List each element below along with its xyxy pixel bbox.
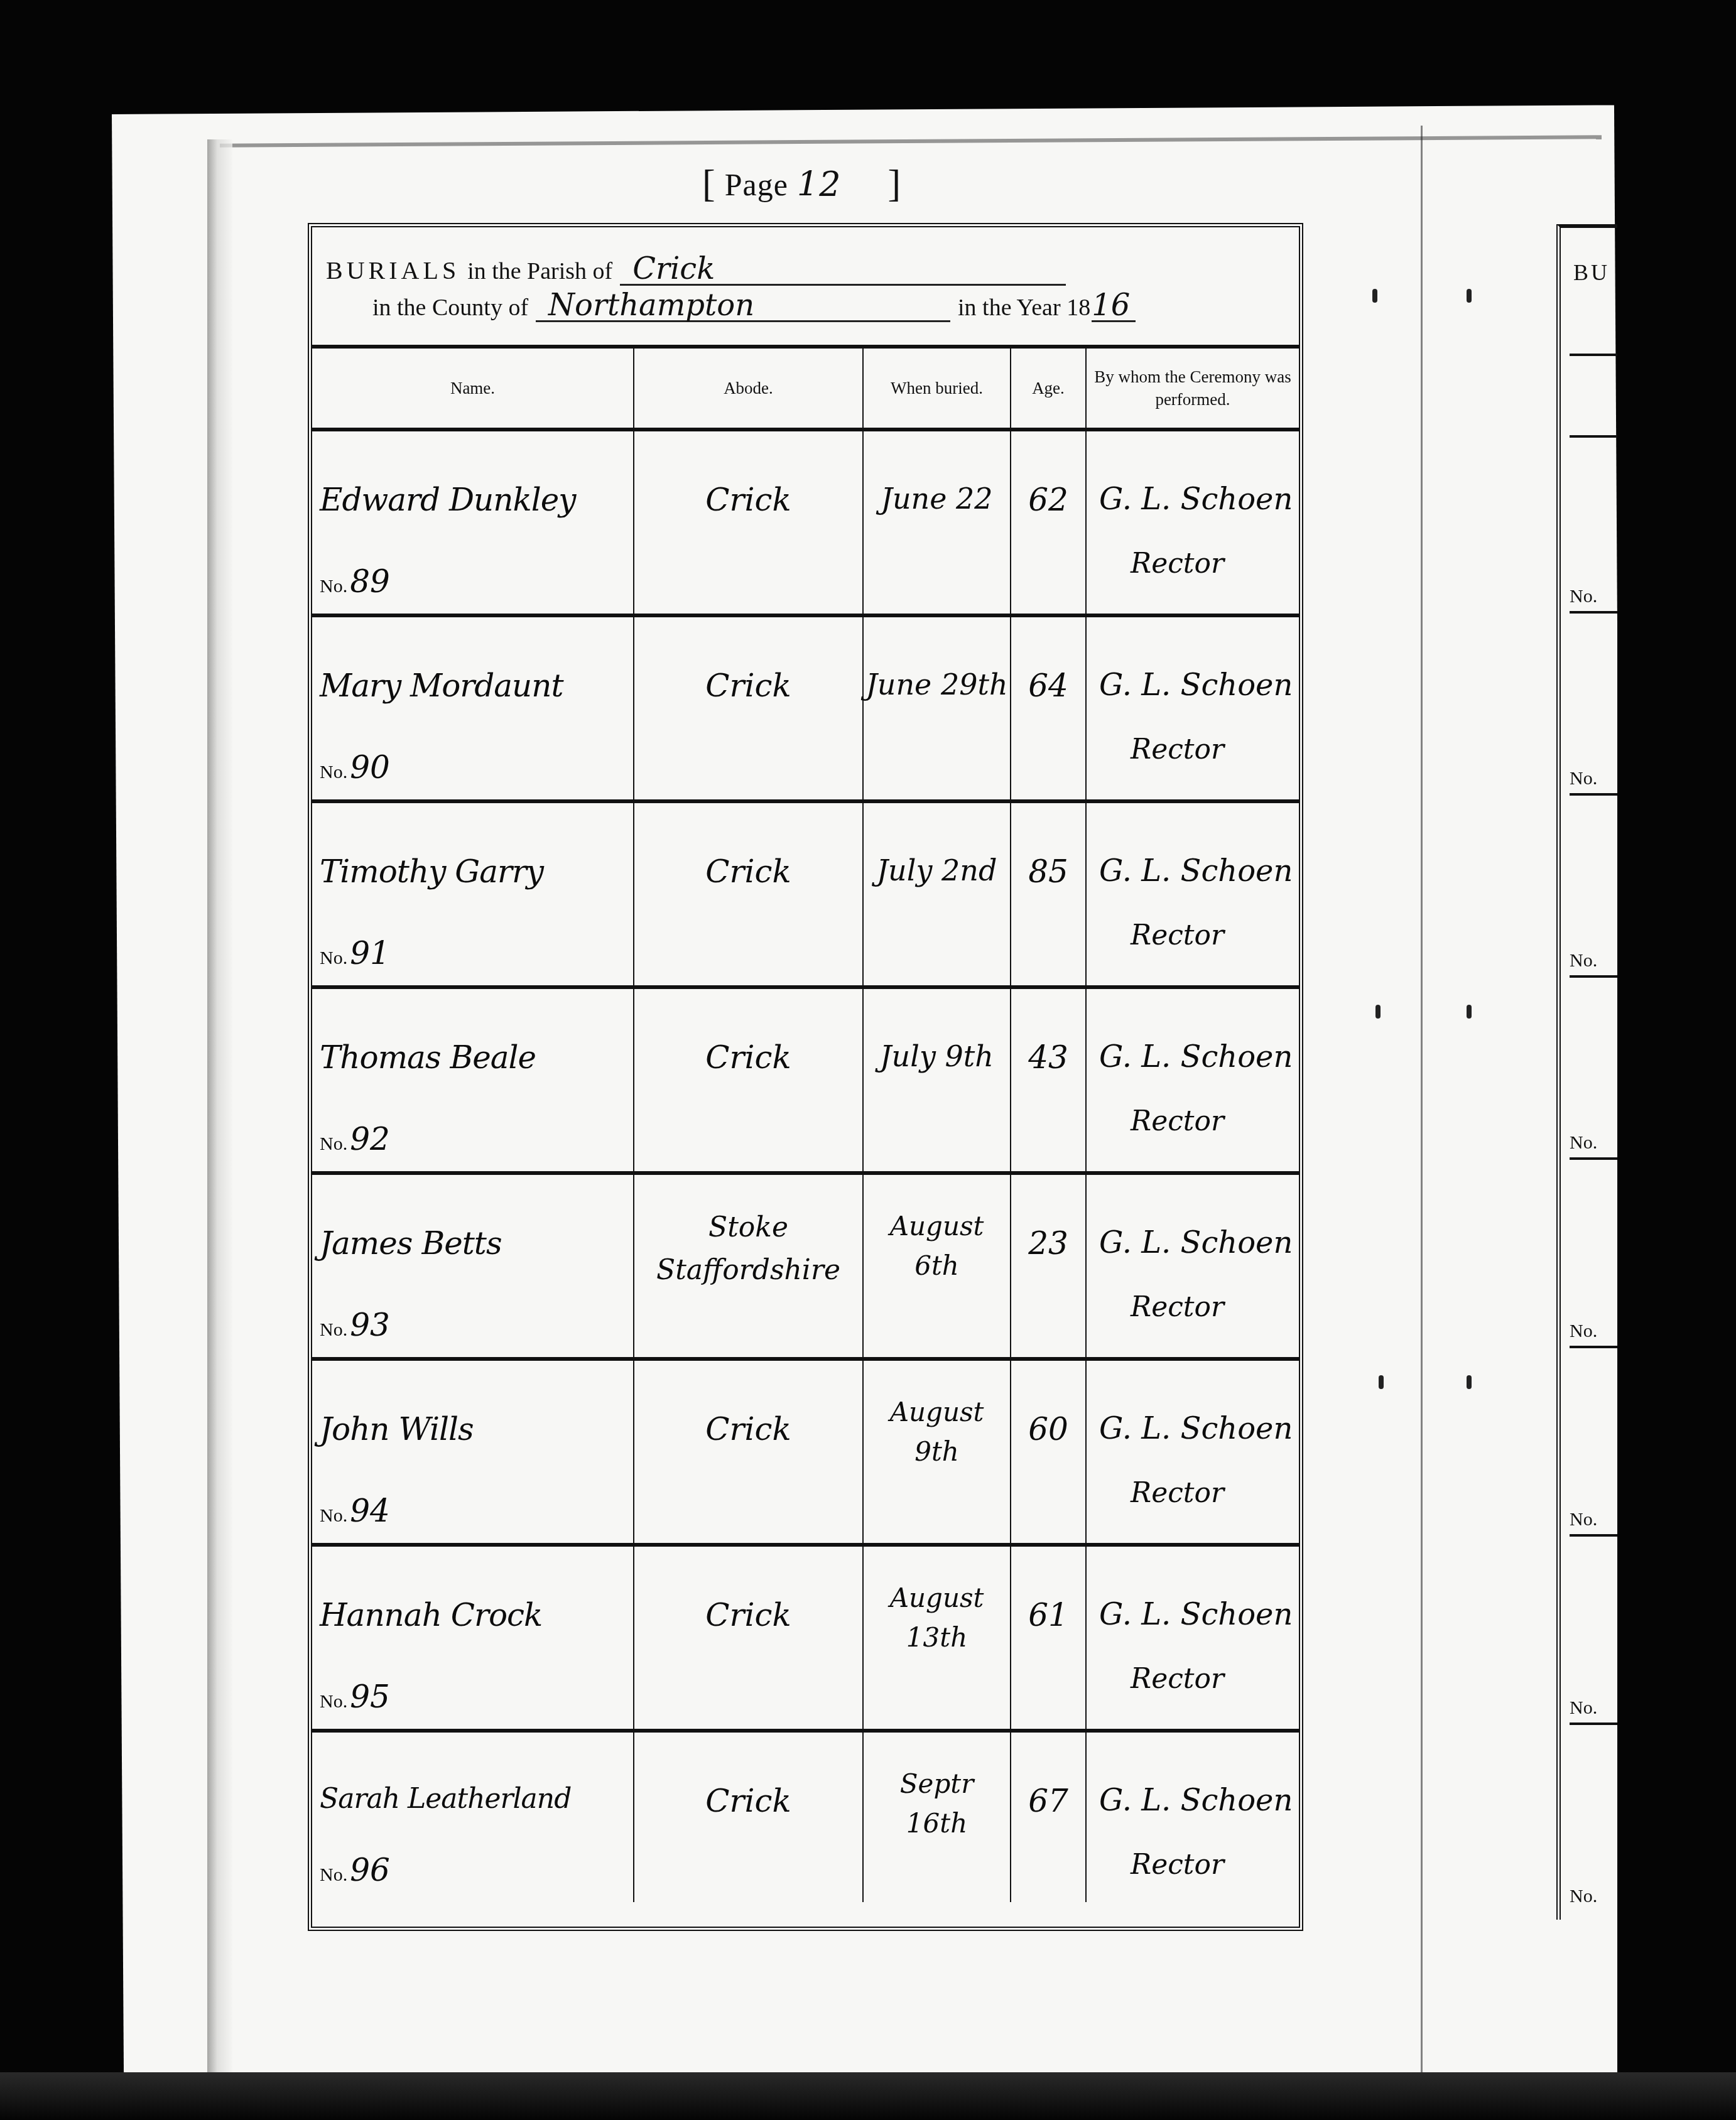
burial-date: June 22 bbox=[864, 482, 1010, 516]
when-buried-cell: June 22 bbox=[864, 431, 1011, 614]
page-number: [ Page 12 ] bbox=[702, 162, 901, 207]
officiant-title: Rector bbox=[1131, 1849, 1224, 1881]
age: 62 bbox=[1011, 482, 1085, 518]
officiant-cell: G. L. Schoen Rector bbox=[1087, 617, 1299, 799]
register-rows: Edward Dunkley No.89 Crick June 22 62 G.… bbox=[312, 431, 1299, 1927]
adjacent-entry-number: No. bbox=[1570, 1509, 1597, 1530]
adjacent-entry-number: No. bbox=[1570, 586, 1597, 607]
officiant-cell: G. L. Schoen Rector bbox=[1087, 803, 1299, 985]
parish-prefix: in the Parish of bbox=[467, 257, 612, 285]
abode: Crick bbox=[634, 853, 862, 890]
age: 60 bbox=[1011, 1411, 1085, 1447]
adjacent-entry-number: No. bbox=[1570, 1697, 1597, 1719]
burial-date: June 29th bbox=[864, 668, 1010, 701]
table-row: Edward Dunkley No.89 Crick June 22 62 G.… bbox=[312, 431, 1299, 617]
age-cell: 85 bbox=[1011, 803, 1087, 985]
abode-line-2: Staffordshire bbox=[634, 1249, 862, 1292]
deceased-name: Hannah Crock bbox=[320, 1597, 542, 1633]
burial-date: July 9th bbox=[864, 1039, 1010, 1073]
name-cell: Thomas Beale No.92 bbox=[312, 989, 634, 1171]
burial-day: 9th bbox=[864, 1432, 1010, 1471]
age-cell: 43 bbox=[1011, 989, 1087, 1171]
officiant-title: Rector bbox=[1131, 919, 1224, 951]
abode-cell: Crick bbox=[634, 617, 864, 799]
table-row: John Wills No.94 Crick August 9th 60 G. … bbox=[312, 1361, 1299, 1547]
officiant-title: Rector bbox=[1131, 1663, 1224, 1695]
table-row: Sarah Leatherland No.96 Crick Septr 16th… bbox=[312, 1733, 1299, 1902]
column-header-officiant: By whom the Ceremony was performed. bbox=[1087, 349, 1299, 428]
adjacent-entry-number: No. bbox=[1570, 1132, 1597, 1154]
age: 61 bbox=[1011, 1597, 1085, 1633]
page-gutter-fold bbox=[1421, 126, 1423, 2104]
abode-cell: Stoke Staffordshire bbox=[634, 1175, 864, 1357]
ink-speck bbox=[1379, 1375, 1384, 1389]
age: 64 bbox=[1011, 668, 1085, 704]
officiant-title: Rector bbox=[1131, 1105, 1224, 1137]
adjacent-entry-number: No. bbox=[1570, 950, 1597, 971]
deceased-name: John Wills bbox=[320, 1411, 474, 1447]
column-header-abode: Abode. bbox=[634, 349, 864, 428]
ink-speck bbox=[1375, 1005, 1381, 1019]
adjacent-entry-number: No. bbox=[1570, 1321, 1597, 1342]
when-buried-cell: June 29th bbox=[864, 617, 1011, 799]
name-cell: Hannah Crock No.95 bbox=[312, 1547, 634, 1729]
officiant-title: Rector bbox=[1131, 1477, 1224, 1509]
age: 85 bbox=[1011, 853, 1085, 890]
age-cell: 62 bbox=[1011, 431, 1087, 614]
abode: Crick bbox=[634, 1411, 862, 1447]
name-cell: Timothy Garry No.91 bbox=[312, 803, 634, 985]
entry-number: No.90 bbox=[320, 749, 390, 786]
officiant-cell: G. L. Schoen Rector bbox=[1087, 431, 1299, 614]
abode: Crick bbox=[634, 1597, 862, 1633]
abode-cell: Crick bbox=[634, 1361, 864, 1543]
parish-field: Crick bbox=[620, 254, 1066, 286]
scan-dark-margin-bottom bbox=[0, 2072, 1736, 2120]
abode: Crick bbox=[634, 482, 862, 518]
when-buried-cell: August 9th bbox=[864, 1361, 1011, 1543]
officiant-name: G. L. Schoen bbox=[1099, 1039, 1293, 1074]
county-field: Northampton bbox=[536, 290, 950, 322]
abode: Stoke Staffordshire bbox=[634, 1206, 862, 1292]
close-bracket: ] bbox=[888, 162, 902, 207]
entry-number: No.89 bbox=[320, 563, 390, 600]
table-row: Thomas Beale No.92 Crick July 9th 43 G. … bbox=[312, 989, 1299, 1175]
age: 67 bbox=[1011, 1783, 1085, 1819]
name-cell: James Betts No.93 bbox=[312, 1175, 634, 1357]
officiant-name: G. L. Schoen bbox=[1099, 1783, 1293, 1818]
table-row: James Betts No.93 Stoke Staffordshire Au… bbox=[312, 1175, 1299, 1361]
open-bracket: [ bbox=[702, 162, 716, 207]
name-cell: Edward Dunkley No.89 bbox=[312, 431, 634, 614]
officiant-name: G. L. Schoen bbox=[1099, 1597, 1293, 1632]
burial-month: August bbox=[864, 1206, 1010, 1246]
aged-page-edge bbox=[207, 139, 232, 2086]
scan-dark-margin-right bbox=[1617, 0, 1736, 2120]
ink-speck bbox=[1467, 1375, 1472, 1389]
abode-line-1: Stoke bbox=[634, 1206, 862, 1249]
officiant-cell: G. L. Schoen Rector bbox=[1087, 989, 1299, 1171]
when-buried-cell: August 13th bbox=[864, 1547, 1011, 1729]
abode: Crick bbox=[634, 1039, 862, 1076]
column-header-age: Age. bbox=[1011, 349, 1087, 428]
entry-number: No.95 bbox=[320, 1679, 390, 1715]
when-buried-cell: August 6th bbox=[864, 1175, 1011, 1357]
officiant-name: G. L. Schoen bbox=[1099, 1225, 1293, 1260]
officiant-name: G. L. Schoen bbox=[1099, 482, 1293, 517]
abode: Crick bbox=[634, 1783, 862, 1819]
entry-number: No.91 bbox=[320, 935, 390, 971]
burial-date: August 6th bbox=[864, 1206, 1010, 1285]
name-cell: John Wills No.94 bbox=[312, 1361, 634, 1543]
table-row: Mary Mordaunt No.90 Crick June 29th 64 G… bbox=[312, 617, 1299, 803]
burial-date: Septr 16th bbox=[864, 1764, 1010, 1843]
name-cell: Mary Mordaunt No.90 bbox=[312, 617, 634, 799]
burial-date: July 2nd bbox=[864, 853, 1010, 887]
abode-cell: Crick bbox=[634, 1547, 864, 1729]
officiant-cell: G. L. Schoen Rector bbox=[1087, 1361, 1299, 1543]
officiant-title: Rector bbox=[1131, 1291, 1224, 1323]
ink-speck bbox=[1467, 1005, 1472, 1019]
when-buried-cell: July 2nd bbox=[864, 803, 1011, 985]
adjacent-entry-number: No. bbox=[1570, 1886, 1597, 1907]
officiant-name: G. L. Schoen bbox=[1099, 668, 1293, 703]
when-buried-cell: Septr 16th bbox=[864, 1733, 1011, 1902]
burials-word: BURIALS bbox=[326, 256, 460, 285]
age: 23 bbox=[1011, 1225, 1085, 1262]
officiant-cell: G. L. Schoen Rector bbox=[1087, 1733, 1299, 1902]
table-row: Hannah Crock No.95 Crick August 13th 61 … bbox=[312, 1547, 1299, 1733]
abode-cell: Crick bbox=[634, 1733, 864, 1902]
officiant-cell: G. L. Schoen Rector bbox=[1087, 1547, 1299, 1729]
age-cell: 64 bbox=[1011, 617, 1087, 799]
ink-speck bbox=[1467, 289, 1472, 303]
adjacent-entry-number: No. bbox=[1570, 768, 1597, 789]
burial-date: August 13th bbox=[864, 1578, 1010, 1657]
register-heading: BURIALS in the Parish of Crick in the Co… bbox=[312, 227, 1299, 349]
burial-date: August 9th bbox=[864, 1392, 1010, 1471]
entry-number: No.96 bbox=[320, 1852, 390, 1888]
age-cell: 61 bbox=[1011, 1547, 1087, 1729]
deceased-name: Mary Mordaunt bbox=[320, 668, 563, 704]
adjacent-heading-fragment: BU bbox=[1573, 259, 1610, 286]
when-buried-cell: July 9th bbox=[864, 989, 1011, 1171]
entry-number: No.94 bbox=[320, 1493, 390, 1529]
officiant-name: G. L. Schoen bbox=[1099, 853, 1293, 889]
county-line: in the County of Northampton in the Year… bbox=[372, 290, 1143, 322]
column-header-when-buried: When buried. bbox=[864, 349, 1011, 428]
burial-day: 16th bbox=[864, 1804, 1010, 1843]
burial-day: 6th bbox=[864, 1246, 1010, 1285]
officiant-name: G. L. Schoen bbox=[1099, 1411, 1293, 1446]
column-headers: Name. Abode. When buried. Age. By whom t… bbox=[312, 349, 1299, 431]
abode-cell: Crick bbox=[634, 803, 864, 985]
burial-month: Septr bbox=[864, 1764, 1010, 1804]
abode: Crick bbox=[634, 668, 862, 704]
deceased-name: Sarah Leatherland bbox=[320, 1783, 571, 1815]
burial-month: August bbox=[864, 1578, 1010, 1618]
officiant-title: Rector bbox=[1131, 548, 1224, 580]
deceased-name: Timothy Garry bbox=[320, 853, 543, 890]
age-cell: 67 bbox=[1011, 1733, 1087, 1902]
entry-number: No.93 bbox=[320, 1307, 390, 1343]
deceased-name: James Betts bbox=[320, 1225, 502, 1262]
officiant-cell: G. L. Schoen Rector bbox=[1087, 1175, 1299, 1357]
age: 43 bbox=[1011, 1039, 1085, 1076]
name-cell: Sarah Leatherland No.96 bbox=[312, 1733, 634, 1902]
year-field: 16 bbox=[1092, 290, 1136, 322]
deceased-name: Thomas Beale bbox=[320, 1039, 536, 1076]
burial-day: 13th bbox=[864, 1618, 1010, 1657]
deceased-name: Edward Dunkley bbox=[320, 482, 576, 518]
year-prefix: in the Year 18 bbox=[958, 294, 1090, 322]
age-cell: 23 bbox=[1011, 1175, 1087, 1357]
officiant-title: Rector bbox=[1131, 733, 1224, 765]
page-number-value: 12 bbox=[797, 165, 842, 204]
column-header-name: Name. bbox=[312, 349, 634, 428]
table-row: Timothy Garry No.91 Crick July 2nd 85 G.… bbox=[312, 803, 1299, 989]
ink-speck bbox=[1372, 289, 1377, 303]
county-prefix: in the County of bbox=[372, 294, 528, 322]
burial-register-table: BURIALS in the Parish of Crick in the Co… bbox=[308, 223, 1303, 1931]
burial-month: August bbox=[864, 1392, 1010, 1432]
abode-cell: Crick bbox=[634, 989, 864, 1171]
age-cell: 60 bbox=[1011, 1361, 1087, 1543]
entry-number: No.92 bbox=[320, 1121, 390, 1157]
page-label: Page bbox=[725, 166, 788, 203]
parish-line: BURIALS in the Parish of Crick bbox=[326, 254, 1073, 286]
abode-cell: Crick bbox=[634, 431, 864, 614]
